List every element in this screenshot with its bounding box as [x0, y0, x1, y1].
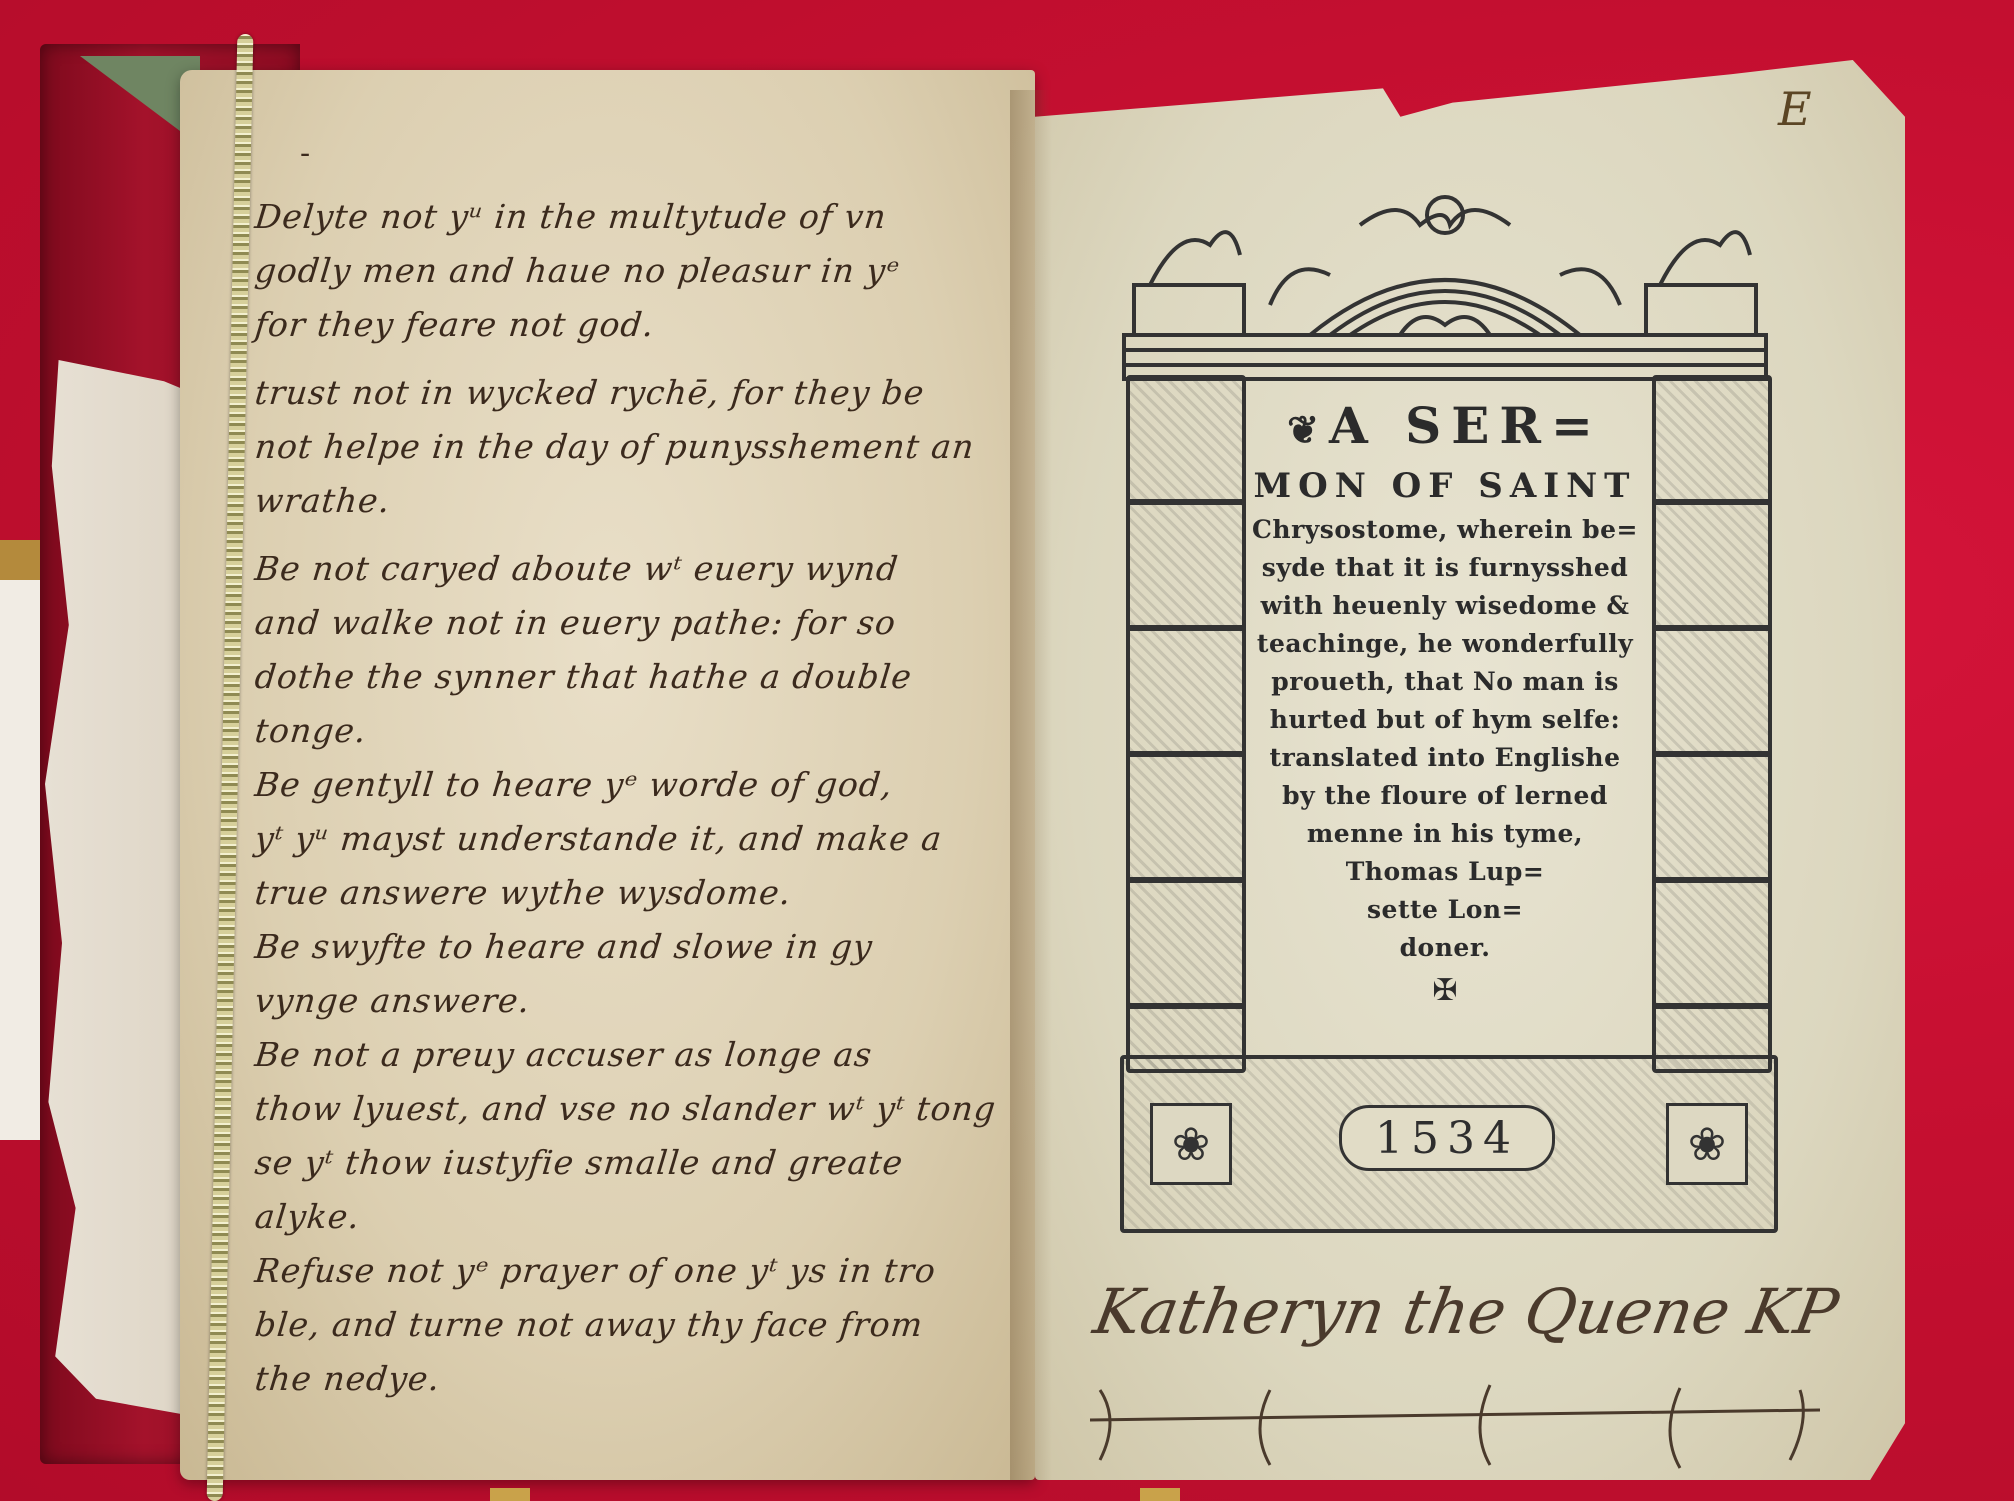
title-body-line: translated into Englishe: [1245, 739, 1645, 777]
signature-flourish-icon: [1080, 1380, 1820, 1470]
title-body-line: sette Lon=: [1245, 891, 1645, 929]
title-body-line: Thomas Lup=: [1245, 853, 1645, 891]
title-line-1: ❦A SER=: [1245, 395, 1645, 461]
printed-title: ❦A SER= MON OF SAINT Chrysostome, wherei…: [1245, 395, 1645, 1015]
rosette-icon: ❀: [1150, 1103, 1232, 1185]
woodcut-border: ❀ 1534 ❀ ❦A SER= MON OF SAINT Chrysostom…: [1120, 185, 1770, 1235]
rosette-icon: ❀: [1666, 1103, 1748, 1185]
cross-ornament-icon: ✠: [1245, 967, 1645, 1015]
title-body-line: menne in his tyme,: [1245, 815, 1645, 853]
manuscript-line: Be not a preuy accuser as longe as: [252, 1028, 1038, 1082]
manuscript-line: not helpe in the day of punysshement an: [252, 420, 1038, 474]
manuscript-line: thow lyuest, and vse no slander wᵗ yᵗ to…: [252, 1082, 1038, 1136]
woodcut-pediment-icon: [1120, 185, 1770, 385]
manuscript-line: dothe the synner that hathe a double: [252, 650, 1038, 704]
title-body-line: by the floure of lerned: [1245, 777, 1645, 815]
manuscript-line: wrathe.: [252, 474, 1038, 528]
manuscript-line: true answere wythe wysdome.: [252, 866, 1038, 920]
manuscript-line: and walke not in euery pathe: for so: [252, 596, 1038, 650]
woodcut-left-column: [1126, 375, 1246, 1073]
manuscript-line: se yᵗ thow iustyfie smalle and greate: [252, 1136, 1038, 1190]
title-body-line: with heuenly wisedome &: [1245, 587, 1645, 625]
manuscript-line: alyke.: [252, 1190, 1038, 1244]
page-mark: -: [300, 136, 310, 171]
manuscript-line: for they feare not god.: [252, 298, 1038, 352]
folio-mark: E: [1778, 82, 1812, 136]
title-line-2: MON OF SAINT: [1245, 461, 1645, 511]
woodcut-right-column: [1652, 375, 1772, 1073]
year-cartouche: 1534: [1339, 1105, 1555, 1171]
manuscript-line: ble, and turne not away thy face from: [252, 1298, 1038, 1352]
owner-signature: Katheryn the Quene KP: [1089, 1275, 1844, 1348]
title-body-line: syde that it is furnysshed: [1245, 549, 1645, 587]
title-body-line: teachinge, he wonderfully: [1245, 625, 1645, 663]
title-body-line: Chrysostome, wherein be=: [1245, 511, 1645, 549]
title-body-line: proueth, that No man is: [1245, 663, 1645, 701]
manuscript-line: vynge answere.: [252, 974, 1038, 1028]
manuscript-line: trust not in wycked rychē, for they be: [252, 366, 1038, 420]
manuscript-line: Be gentyll to heare yᵉ worde of god,: [252, 758, 1038, 812]
manuscript-line: the nedye.: [252, 1352, 1038, 1406]
manuscript-line: Be not caryed aboute wᵗ euery wynd: [252, 542, 1038, 596]
display-stand-edge: [0, 540, 40, 1140]
book-stand-clip: [1140, 1488, 1180, 1501]
gold-trim: [0, 540, 40, 580]
manuscript-line: Be swyfte to heare and slowe in gy: [252, 920, 1038, 974]
book-stand-clip: [490, 1488, 530, 1501]
manuscript-line: tonge.: [252, 704, 1038, 758]
handwritten-text: Delyte not yᵘ in the multytude of vn god…: [255, 190, 1035, 1406]
manuscript-line: yᵗ yᵘ mayst understande it, and make a: [252, 812, 1038, 866]
manuscript-line: Delyte not yᵘ in the multytude of vn: [252, 190, 1038, 244]
manuscript-line: Refuse not yᵉ prayer of one yᵗ ys in tro: [252, 1244, 1038, 1298]
fleuron-icon: ❦: [1287, 407, 1319, 452]
woodcut-base: ❀ 1534 ❀: [1120, 1055, 1778, 1233]
title-body-line: hurted but of hym selfe:: [1245, 701, 1645, 739]
title-body-line: doner.: [1245, 929, 1645, 967]
manuscript-line: godly men and haue no pleasur in yᵉ: [252, 244, 1038, 298]
